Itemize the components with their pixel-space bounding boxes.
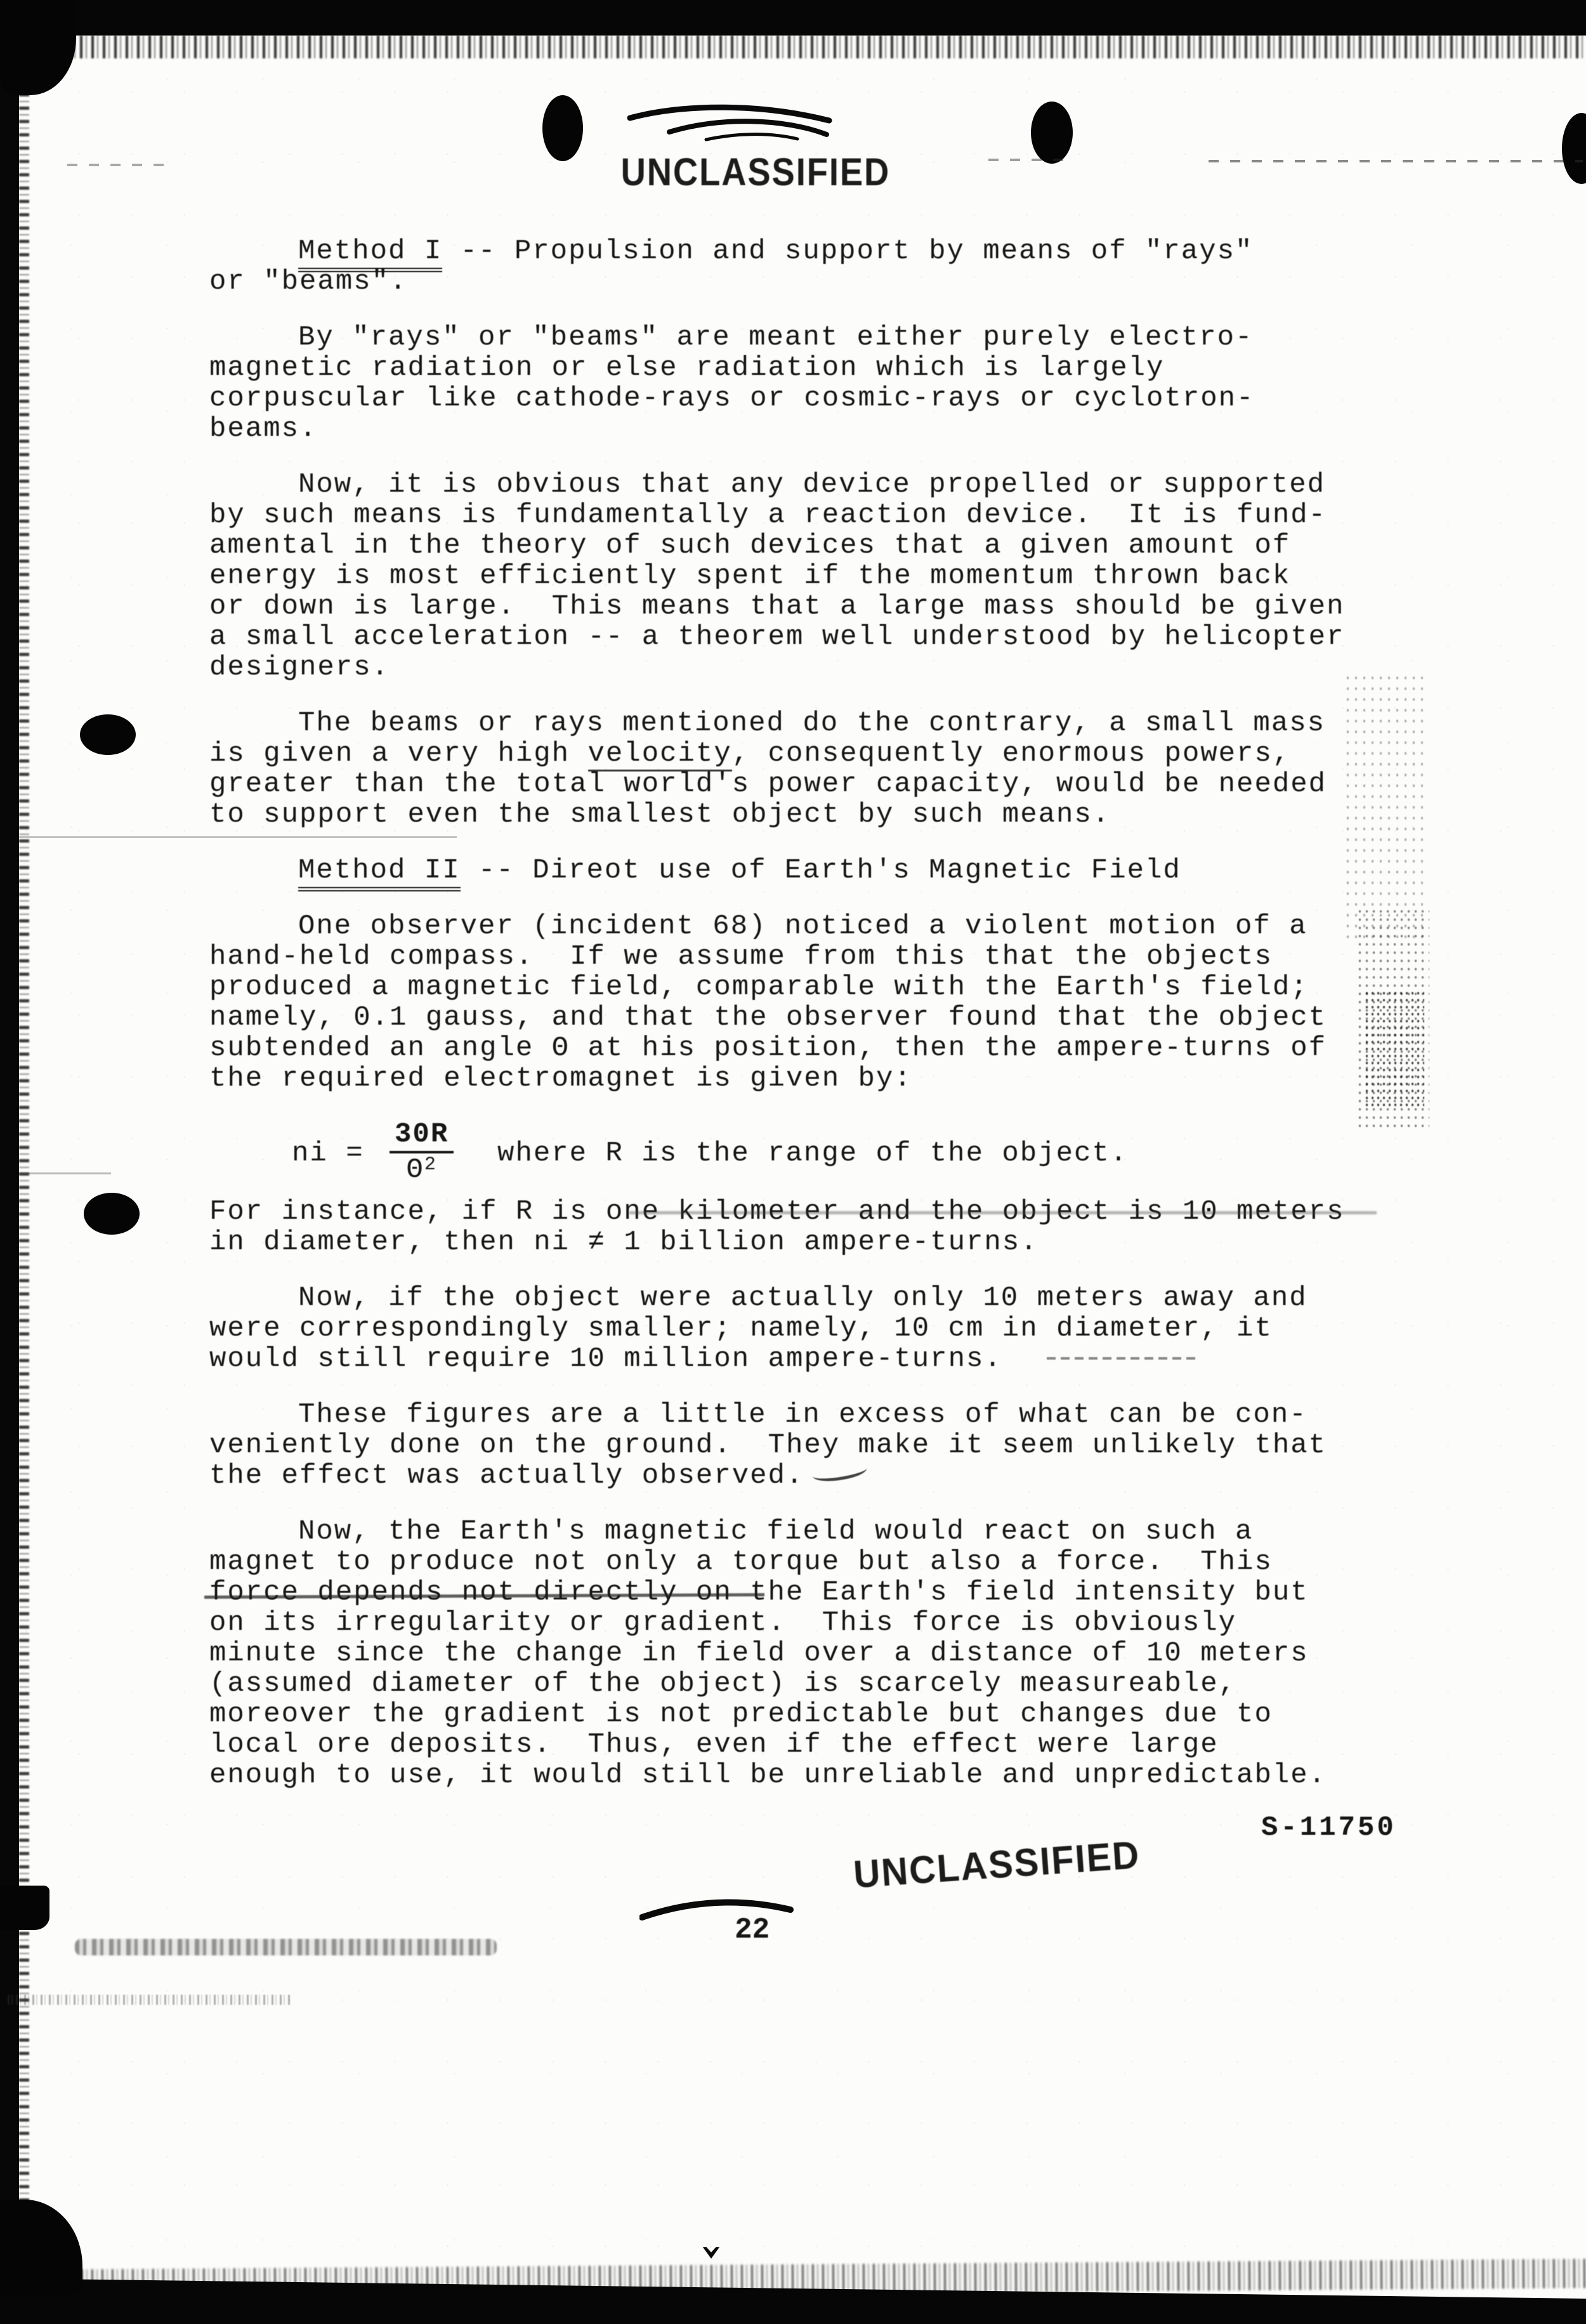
gray-smudge-streak (75, 1939, 497, 1955)
text-line: Now, the Earth's magnetic field would re… (209, 1516, 1377, 1547)
observer-incident-68-paragraph: One observer (incident 68) noticed a vio… (209, 911, 1377, 1094)
fax-dotted-line (988, 159, 1071, 161)
text-line: energy is most efficiently spent if the … (209, 561, 1377, 591)
text-line: Method I -- Propulsion and support by me… (209, 236, 1377, 266)
text-line: to support even the smallest object by s… (209, 799, 1377, 830)
toner-speckle (1344, 673, 1423, 945)
text-line: subtended an angle Θ at his position, th… (209, 1033, 1377, 1063)
equation-rhs: where R is the range of the object. (461, 1138, 1128, 1169)
typewritten-body: Method I -- Propulsion and support by me… (209, 236, 1377, 1816)
text-line: corpuscular like cathode-rays or cosmic-… (209, 383, 1377, 414)
text-segment: Method II (298, 855, 461, 891)
text-line: by such means is fundamentally a reactio… (209, 500, 1377, 530)
illegible-text-smudge (8, 1995, 290, 2005)
fraction-denominator: Θ2 (406, 1153, 436, 1188)
ampere-turns-equation: ni = 30RΘ2 where R is the range of the o… (292, 1119, 1377, 1188)
equation-lhs: ni = (292, 1138, 382, 1169)
ink-blob-bottom-left (0, 2200, 82, 2295)
text-line: These figures are a little in excess of … (209, 1400, 1377, 1430)
text-line: enough to use, it would still be unrelia… (209, 1760, 1377, 1790)
text-line: or down is large. This means that a larg… (209, 591, 1377, 622)
ink-blob-left-margin (0, 1886, 49, 1930)
fraction-exponent: 2 (424, 1154, 437, 1176)
hole-punch-mark (1031, 102, 1073, 164)
text-line: Now, it is obvious that any device prope… (209, 469, 1377, 500)
scan-streak (19, 1172, 111, 1174)
method-1-heading: Method I -- Propulsion and support by me… (209, 236, 1377, 297)
text-line: magnet to produce not only a torque but … (209, 1547, 1377, 1577)
text-line: (assumed diameter of the object) is scar… (209, 1669, 1377, 1699)
fax-dotted-line (67, 164, 166, 166)
scan-edge-left (0, 0, 19, 2324)
text-line: namely, 0.1 gauss, and that the observer… (209, 1002, 1377, 1033)
scan-edge-top (0, 0, 1586, 36)
document-number: S-11750 (1261, 1812, 1396, 1844)
text-line: the effect was actually observed. (209, 1461, 1377, 1491)
for-instance-paragraph: For instance, if R is one kilometer and … (209, 1197, 1377, 1257)
hole-punch-mark (1562, 113, 1586, 184)
text-line: One observer (incident 68) noticed a vio… (209, 911, 1377, 942)
hole-punch-mark (542, 95, 583, 161)
text-segment: -- Propulsion and support by means of "r… (442, 235, 1253, 267)
method-2-heading: Method II -- Direot use of Earth's Magne… (209, 855, 1377, 886)
text-line: minute since the change in field over a … (209, 1638, 1377, 1669)
text-line: or "beams". (209, 266, 1377, 297)
text-line: beams. (209, 414, 1377, 444)
text-line: Now, if the object were actually only 10… (209, 1283, 1377, 1313)
ink-fleck (703, 2247, 719, 2259)
text-segment: is given a very high (209, 738, 588, 770)
scan-streak (19, 836, 457, 838)
figures-in-excess-paragraph: These figures are a little in excess of … (209, 1400, 1377, 1491)
equation-line: ni = 30RΘ2 where R is the range of the o… (292, 1119, 1377, 1188)
scribble-mark (625, 99, 837, 146)
text-line: Method II -- Direot use of Earth's Magne… (209, 855, 1377, 886)
fax-dotted-line (1209, 160, 1583, 162)
reaction-device-paragraph: Now, it is obvious that any device prope… (209, 469, 1377, 683)
beams-contrary-paragraph: The beams or rays mentioned do the contr… (209, 708, 1377, 830)
text-line: in diameter, then ni ≠ 1 billion ampere-… (209, 1227, 1377, 1257)
equation-fraction: 30RΘ2 (390, 1119, 454, 1188)
text-segment: velocity (588, 738, 732, 771)
text-segment: , consequently enormous powers, (732, 738, 1291, 770)
unclassified-stamp-top: UNCLASSIFIED (621, 149, 891, 195)
rays-beams-definition: By "rays" or "beams" are meant either pu… (209, 322, 1377, 444)
tear-mark (639, 1891, 794, 1921)
text-line: magnetic radiation or else radiation whi… (209, 353, 1377, 383)
ink-blob-top-left (0, 0, 76, 95)
text-line: a small acceleration -- a theorem well u… (209, 622, 1377, 652)
text-line: produced a magnetic field, comparable wi… (209, 972, 1377, 1002)
text-line: on its irregularity or gradient. This fo… (209, 1608, 1377, 1638)
text-line: greater than the total world's power cap… (209, 769, 1377, 799)
text-line: amental in the theory of such devices th… (209, 530, 1377, 561)
fraction-numerator: 30R (390, 1119, 454, 1153)
toner-speckle (1364, 990, 1424, 1107)
text-line: designers. (209, 652, 1377, 683)
text-line: would still require 10 million ampere-tu… (209, 1344, 1377, 1374)
unclassified-stamp-bottom: UNCLASSIFIED (852, 1833, 1141, 1898)
earths-field-reaction-paragraph: Now, the Earth's magnetic field would re… (209, 1516, 1377, 1790)
text-line: the required electromagnet is given by: (209, 1063, 1377, 1094)
hole-punch-mark (84, 1193, 140, 1235)
text-line: is given a very high velocity, consequen… (209, 739, 1377, 769)
document-page: UNCLASSIFIED Method I -- Propulsion and … (0, 0, 1586, 2324)
text-line: moreover the gradient is not predictable… (209, 1699, 1377, 1730)
object-10-meters-paragraph: Now, if the object were actually only 10… (209, 1283, 1377, 1374)
text-line: local ore deposits. Thus, even if the ef… (209, 1730, 1377, 1760)
text-segment: -- Direot use of Earth's Magnetic Field (461, 855, 1181, 886)
page-number: 22 (735, 1914, 770, 1947)
text-line: were correspondingly smaller; namely, 10… (209, 1313, 1377, 1344)
text-line: veniently done on the ground. They make … (209, 1430, 1377, 1461)
hole-punch-mark (80, 714, 136, 755)
text-line: hand-held compass. If we assume from thi… (209, 942, 1377, 972)
text-line: force depends not directly on the Earth'… (209, 1577, 1377, 1608)
text-line: The beams or rays mentioned do the contr… (209, 708, 1377, 739)
text-line: For instance, if R is one kilometer and … (209, 1197, 1377, 1227)
text-line: By "rays" or "beams" are meant either pu… (209, 322, 1377, 353)
